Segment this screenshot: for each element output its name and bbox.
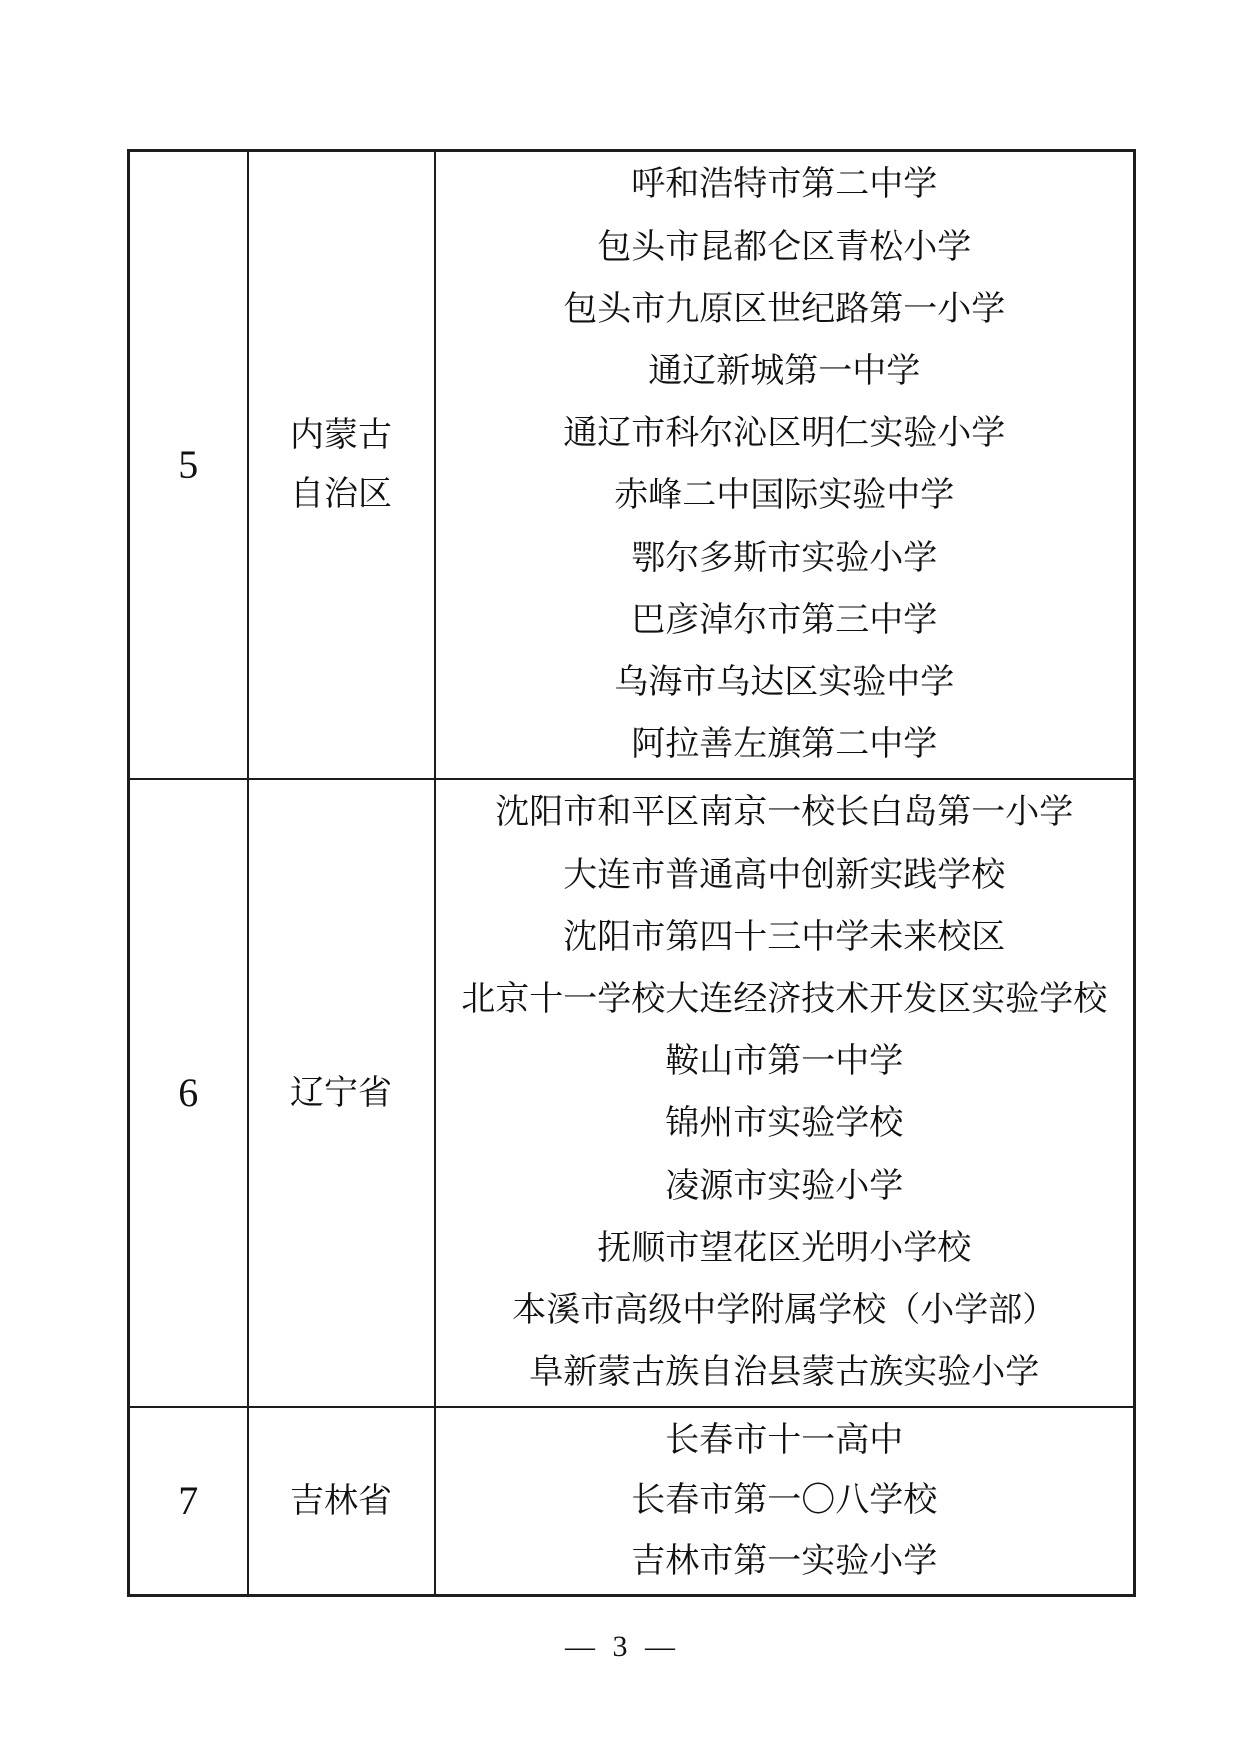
table-row-7: 7 吉林省 长春市十一高中 长春市第一〇八学校 吉林市第一实验小学 — [129, 1407, 1135, 1596]
school-name: 包头市九原区世纪路第一小学 — [436, 278, 1134, 340]
school-name: 巴彦淖尔市第三中学 — [436, 589, 1134, 651]
school-name: 赤峰二中国际实验中学 — [436, 465, 1134, 527]
school-name: 吉林市第一实验小学 — [436, 1531, 1134, 1592]
page-number: — 3 — — [0, 1631, 1240, 1663]
row-number: 7 — [129, 1407, 248, 1596]
schools-list: 呼和浩特市第二中学 包头市昆都仑区青松小学 包头市九原区世纪路第一小学 通辽新城… — [436, 154, 1134, 776]
school-name: 鞍山市第一中学 — [436, 1031, 1134, 1093]
school-name: 本溪市高级中学附属学校（小学部） — [436, 1280, 1134, 1342]
school-name: 凌源市实验小学 — [436, 1155, 1134, 1217]
province-name-line: 自治区 — [249, 465, 434, 524]
school-name: 沈阳市和平区南京一校长白岛第一小学 — [436, 782, 1134, 844]
school-name: 抚顺市望花区光明小学校 — [436, 1217, 1134, 1279]
school-name: 通辽市科尔沁区明仁实验小学 — [436, 403, 1134, 465]
school-name: 鄂尔多斯市实验小学 — [436, 527, 1134, 589]
school-name: 呼和浩特市第二中学 — [436, 154, 1134, 216]
province-cell: 吉林省 — [248, 1407, 435, 1596]
schools-list: 长春市十一高中 长春市第一〇八学校 吉林市第一实验小学 — [436, 1410, 1134, 1592]
school-name: 长春市十一高中 — [436, 1410, 1134, 1471]
province-name-line: 吉林省 — [249, 1472, 434, 1531]
school-name: 大连市普通高中创新实践学校 — [436, 844, 1134, 906]
row-number: 6 — [129, 779, 248, 1407]
school-name: 通辽新城第一中学 — [436, 341, 1134, 403]
school-name: 阿拉善左旗第二中学 — [436, 714, 1134, 776]
school-name: 包头市昆都仑区青松小学 — [436, 216, 1134, 278]
province-cell: 辽宁省 — [248, 779, 435, 1407]
province-name-line: 内蒙古 — [249, 406, 434, 465]
school-name: 锦州市实验学校 — [436, 1093, 1134, 1155]
table-row-5: 5 内蒙古 自治区 呼和浩特市第二中学 包头市昆都仑区青松小学 包头市九原区世纪… — [129, 151, 1135, 780]
school-name: 北京十一学校大连经济技术开发区实验学校 — [436, 969, 1134, 1031]
province-name-line: 辽宁省 — [249, 1064, 434, 1123]
school-name: 乌海市乌达区实验中学 — [436, 652, 1134, 714]
province-cell: 内蒙古 自治区 — [248, 151, 435, 780]
row-number: 5 — [129, 151, 248, 780]
schools-cell: 呼和浩特市第二中学 包头市昆都仑区青松小学 包头市九原区世纪路第一小学 通辽新城… — [435, 151, 1135, 780]
school-name: 阜新蒙古族自治县蒙古族实验小学 — [436, 1342, 1134, 1404]
table-row-6: 6 辽宁省 沈阳市和平区南京一校长白岛第一小学 大连市普通高中创新实践学校 沈阳… — [129, 779, 1135, 1407]
schools-table: 5 内蒙古 自治区 呼和浩特市第二中学 包头市昆都仑区青松小学 包头市九原区世纪… — [127, 149, 1136, 1597]
schools-cell: 长春市十一高中 长春市第一〇八学校 吉林市第一实验小学 — [435, 1407, 1135, 1596]
school-name: 长春市第一〇八学校 — [436, 1471, 1134, 1532]
school-name: 沈阳市第四十三中学未来校区 — [436, 906, 1134, 968]
schools-list: 沈阳市和平区南京一校长白岛第一小学 大连市普通高中创新实践学校 沈阳市第四十三中… — [436, 782, 1134, 1404]
schools-cell: 沈阳市和平区南京一校长白岛第一小学 大连市普通高中创新实践学校 沈阳市第四十三中… — [435, 779, 1135, 1407]
